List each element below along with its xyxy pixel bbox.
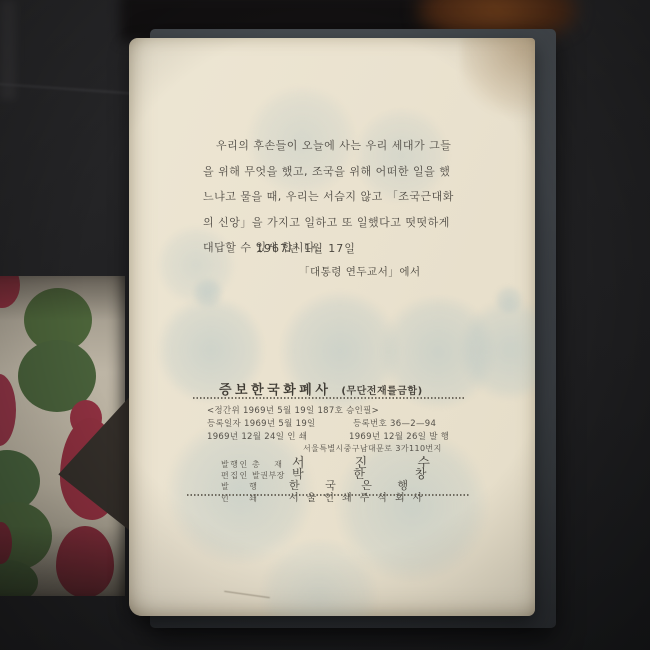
quote-line: 느냐고 물을 때, 우리는 서슴지 않고 「조국근대화 (203, 184, 475, 210)
book-page: 우리의 후손들이 오늘에 사는 우리 세대가 그들 을 위해 무엇을 했고, 조… (129, 38, 535, 616)
photo-book-colophon-scene: 우리의 후손들이 오늘에 사는 우리 세대가 그들 을 위해 무엇을 했고, 조… (0, 0, 650, 650)
reproduction-notice: (무단전재를금함) (341, 386, 422, 397)
page-stain (461, 38, 535, 120)
publish-date: 1969년 12월 26일 발 행 (349, 430, 449, 442)
quote-attribution: 「대통령 연두교서」에서 (299, 264, 421, 279)
colophon-row-printer: 인 쇄 서울인쇄주식회사 (221, 489, 430, 504)
table-reflection-line (0, 83, 144, 95)
quote-line: 의 신앙」을 가지고 일하고 또 일했다고 떳떳하게 (203, 210, 475, 236)
book-title: 증보한국화폐사 (219, 383, 331, 398)
dotted-rule-bottom (187, 494, 469, 496)
print-date: 1969년 12월 24일 인 쇄 (207, 432, 307, 442)
printing-company: 서울인쇄주식회사 (289, 489, 430, 504)
dotted-rule-top (193, 397, 465, 399)
registration-date: 등록일자 1969년 5월 19일 (207, 419, 316, 429)
quote-line: 을 위해 무엇을 했고, 조국을 위해 어떠한 일을 했 (203, 159, 475, 185)
approval-line: <정간위 1969년 5월 19일 187호 승인필> (207, 404, 379, 417)
quote-date: 1967년 1월 17일 (256, 240, 356, 256)
registration-line: 등록일자 1969년 5월 19일 등록번호 36—2—94 (207, 417, 379, 430)
registration-block: <정간위 1969년 5월 19일 187호 승인필> 등록일자 1969년 5… (207, 404, 379, 443)
registration-number: 등록번호 36—2—94 (353, 417, 436, 429)
quote-line: 우리의 후손들이 오늘에 사는 우리 세대가 그들 (203, 133, 475, 159)
print-publish-line: 1969년 12월 24일 인 쇄 1969년 12월 26일 발 행 (207, 430, 379, 443)
book-title-row: 증보한국화폐사(무단전재를금함) (219, 379, 423, 398)
